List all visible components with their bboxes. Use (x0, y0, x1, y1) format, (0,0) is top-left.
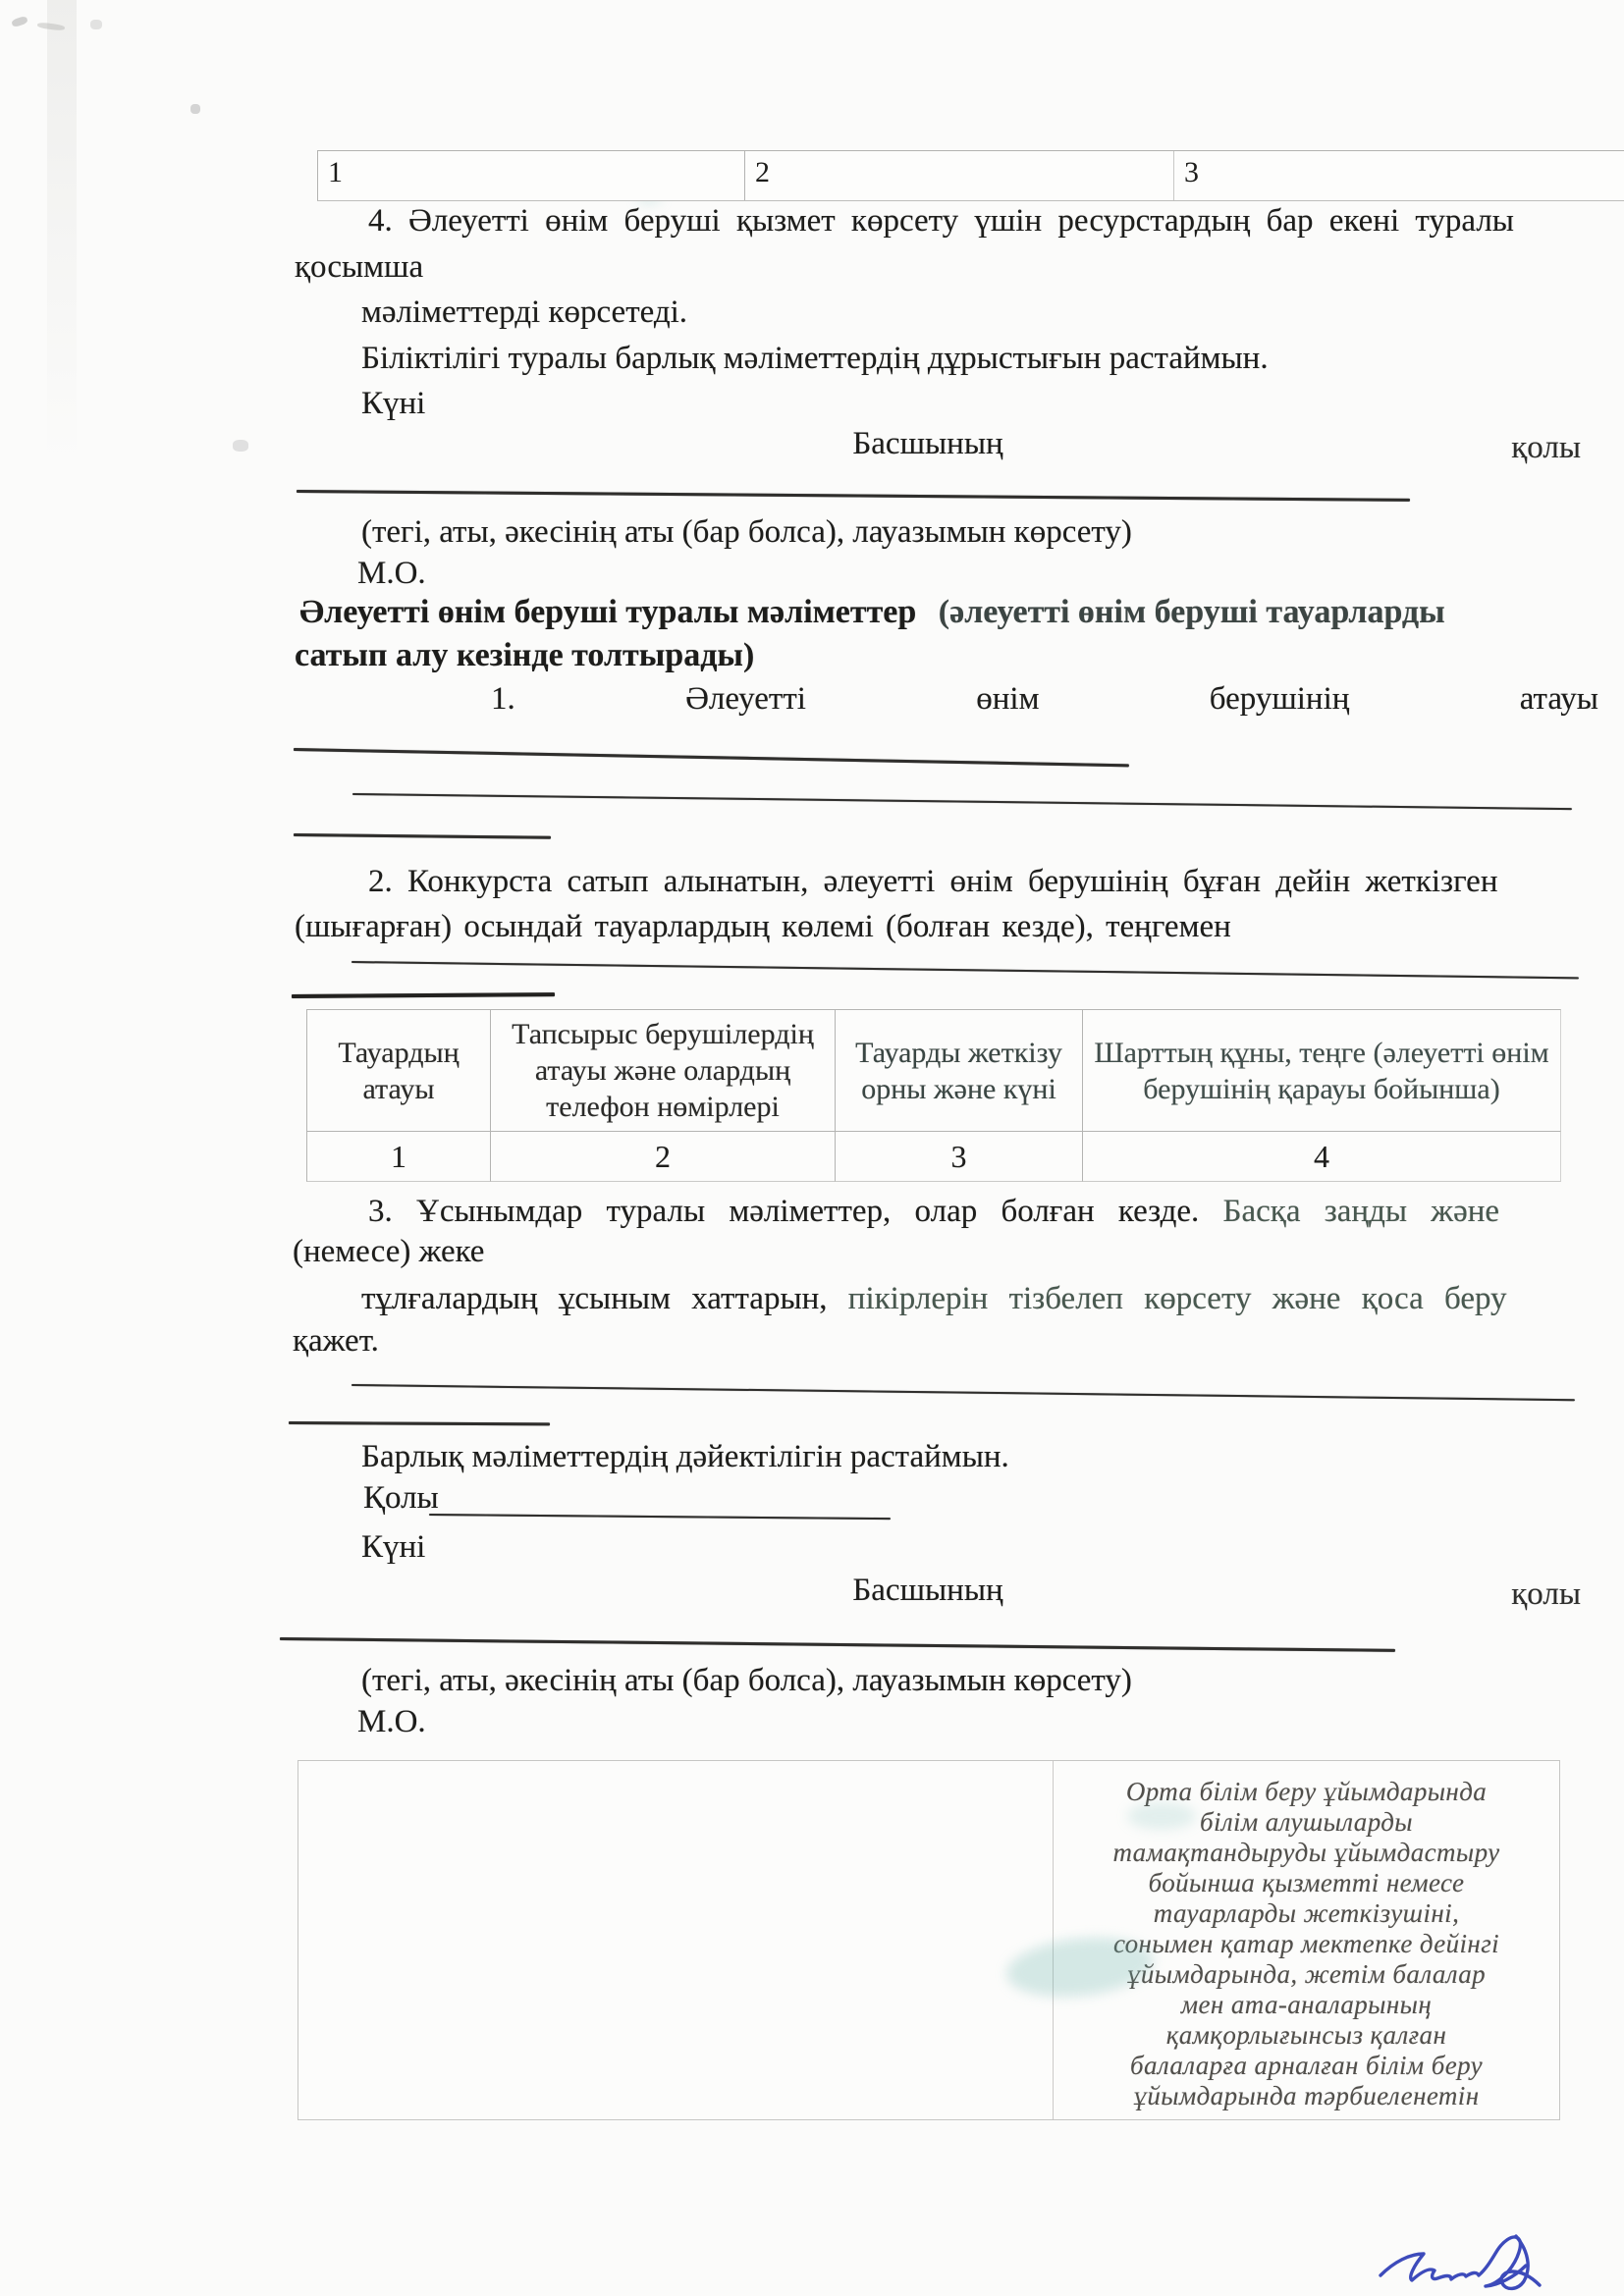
suppliers-table: Тауардың атауы Тапсырыс берушілердің ата… (306, 1009, 1561, 1182)
bottom-note-line: мен ата-аналарының (1054, 1990, 1559, 2020)
para2-line2: (шығарған) осындай тауарлардың көлемі (б… (295, 907, 1231, 946)
para2-line1: 2. Конкурста сатып алынатын, әлеуетті өн… (368, 862, 1498, 901)
para4-line3: мәліметтерді көрсетеді. (361, 293, 687, 332)
item1-word: Әлеуетті (685, 679, 806, 719)
table-header-row: Тауардың атауы Тапсырыс берушілердің ата… (306, 1009, 1561, 1131)
signature-blank-line-2 (280, 1637, 1395, 1652)
para3-line1: 3. Ұсынымдар туралы мәліметтер, олар бол… (368, 1192, 1499, 1231)
scan-speck (190, 104, 200, 114)
signature-word-2: қолы (1511, 1575, 1581, 1614)
para3-line3: тұлғалардың ұсыным хаттарын, пікірлерін … (361, 1279, 1507, 1318)
table-header-delivery: Тауарды жеткізу орны және күні (835, 1009, 1082, 1131)
para3-line4: қажет. (293, 1321, 379, 1361)
authenticity-confirm-line: Барлық мәліметтердің дәйектілігін растай… (361, 1437, 1009, 1476)
bottom-note-box: Орта білім беру ұйымдарында білім алушыл… (298, 1760, 1560, 2120)
scan-speck (90, 20, 102, 29)
para3-line1-end: Басқа заңды және (1223, 1194, 1499, 1229)
scan-speck (233, 440, 248, 452)
fio-note-1: (тегі, аты, әкесінің аты (бар болса), ла… (361, 512, 1132, 552)
item1-word: өнім (976, 679, 1039, 719)
strip-cell-3: 3 (1173, 151, 1624, 200)
signature-blank-line-1 (297, 490, 1410, 502)
table-col-number: 3 (835, 1131, 1082, 1182)
table-header-customers: Тапсырыс берушілердің атауы және олардың… (490, 1009, 835, 1131)
blank-line-d (352, 961, 1579, 979)
blank-line-short-dark (292, 992, 555, 998)
bottom-note-line: ұйымдарында тәрбиеленетін (1054, 2081, 1559, 2111)
blank-line-a (294, 748, 1129, 767)
item1-number: 1. (491, 679, 515, 719)
qualification-confirm-line: Біліктілігі туралы барлық мәліметтердің … (361, 339, 1269, 378)
strip-cell-2: 2 (745, 151, 1173, 200)
table-col-number: 4 (1082, 1131, 1561, 1182)
blank-line-b (352, 793, 1572, 810)
strip-cell-1: 1 (317, 151, 745, 200)
stamp-smudge (1127, 1802, 1196, 1830)
table-header-product-name: Тауардың атауы (306, 1009, 490, 1131)
scan-edge-shadow (47, 0, 77, 461)
seal-label-1: М.О. (357, 554, 426, 593)
signature-field-label: Қолы (363, 1478, 439, 1518)
head-label-1: Басшының (295, 424, 1561, 463)
item1-row: 1. Әлеуетті өнім берушінің атауы (491, 679, 1598, 719)
supplier-info-heading-line2: сатып алу кезінде толтырады) (295, 636, 754, 675)
seal-label-2: М.О. (357, 1702, 426, 1741)
bottom-note-empty-cell (298, 1761, 1054, 2119)
blank-line-e (352, 1384, 1575, 1401)
supplier-info-heading-line1: Әлеуетті өнім беруші туралы мәліметтер (… (299, 593, 1445, 632)
heading-main: Әлеуетті өнім беруші туралы мәліметтер (299, 594, 916, 630)
scan-speck (11, 16, 28, 28)
blank-line-f (289, 1421, 550, 1425)
bottom-note-line: балаларға арналған білім беру (1054, 2051, 1559, 2081)
item1-word: берушінің (1210, 679, 1350, 719)
bottom-note-line: бойынша қызметті немесе (1054, 1868, 1559, 1898)
bottom-note-line: Орта білім беру ұйымдарында (1054, 1777, 1559, 1807)
head-label-2: Басшының (295, 1571, 1561, 1610)
para3-line2: (немесе) жеке (293, 1232, 484, 1271)
para3-line3-end: пікірлерін тізбелеп көрсету және қоса бе… (848, 1281, 1507, 1316)
bottom-note-line: қамқорлығынсыз қалған (1054, 2020, 1559, 2051)
signature-word-1: қолы (1511, 428, 1581, 467)
table-number-row: 1 2 3 4 (306, 1131, 1561, 1182)
fio-note-2: (тегі, аты, әкесінің аты (бар болса), ла… (361, 1661, 1132, 1700)
blank-line-c (294, 833, 551, 839)
signature-blank-line-small (429, 1514, 891, 1520)
para3-line1-start: 3. Ұсынымдар туралы мәліметтер, олар бол… (368, 1194, 1199, 1229)
para4-line2: қосымша (295, 247, 423, 287)
para4-line1: 4. Әлеуетті өнім беруші қызмет көрсету ү… (368, 201, 1514, 240)
table-header-contract-value: Шарттың құны, теңге (әлеуетті өнім беруш… (1082, 1009, 1561, 1131)
date-label: Күні (361, 384, 425, 423)
bottom-note-line: тамақтандыруды ұйымдастыру (1054, 1838, 1559, 1868)
scanned-document-page: 1 2 3 4. Әлеуетті өнім беруші қызмет көр… (0, 0, 1624, 2296)
item1-word: атауы (1520, 679, 1598, 719)
top-strip: 1 2 3 (317, 150, 1624, 201)
date-label-2: Күні (361, 1527, 425, 1567)
para3-line3-start: тұлғалардың ұсыным хаттарын, (361, 1281, 828, 1316)
handwritten-signature (1371, 2226, 1562, 2296)
table-col-number: 1 (306, 1131, 490, 1182)
bottom-note-line: тауарларды жеткізушіні, (1054, 1898, 1559, 1929)
table-col-number: 2 (490, 1131, 835, 1182)
heading-paren: (әлеуетті өнім беруші тауарларды (939, 594, 1445, 630)
